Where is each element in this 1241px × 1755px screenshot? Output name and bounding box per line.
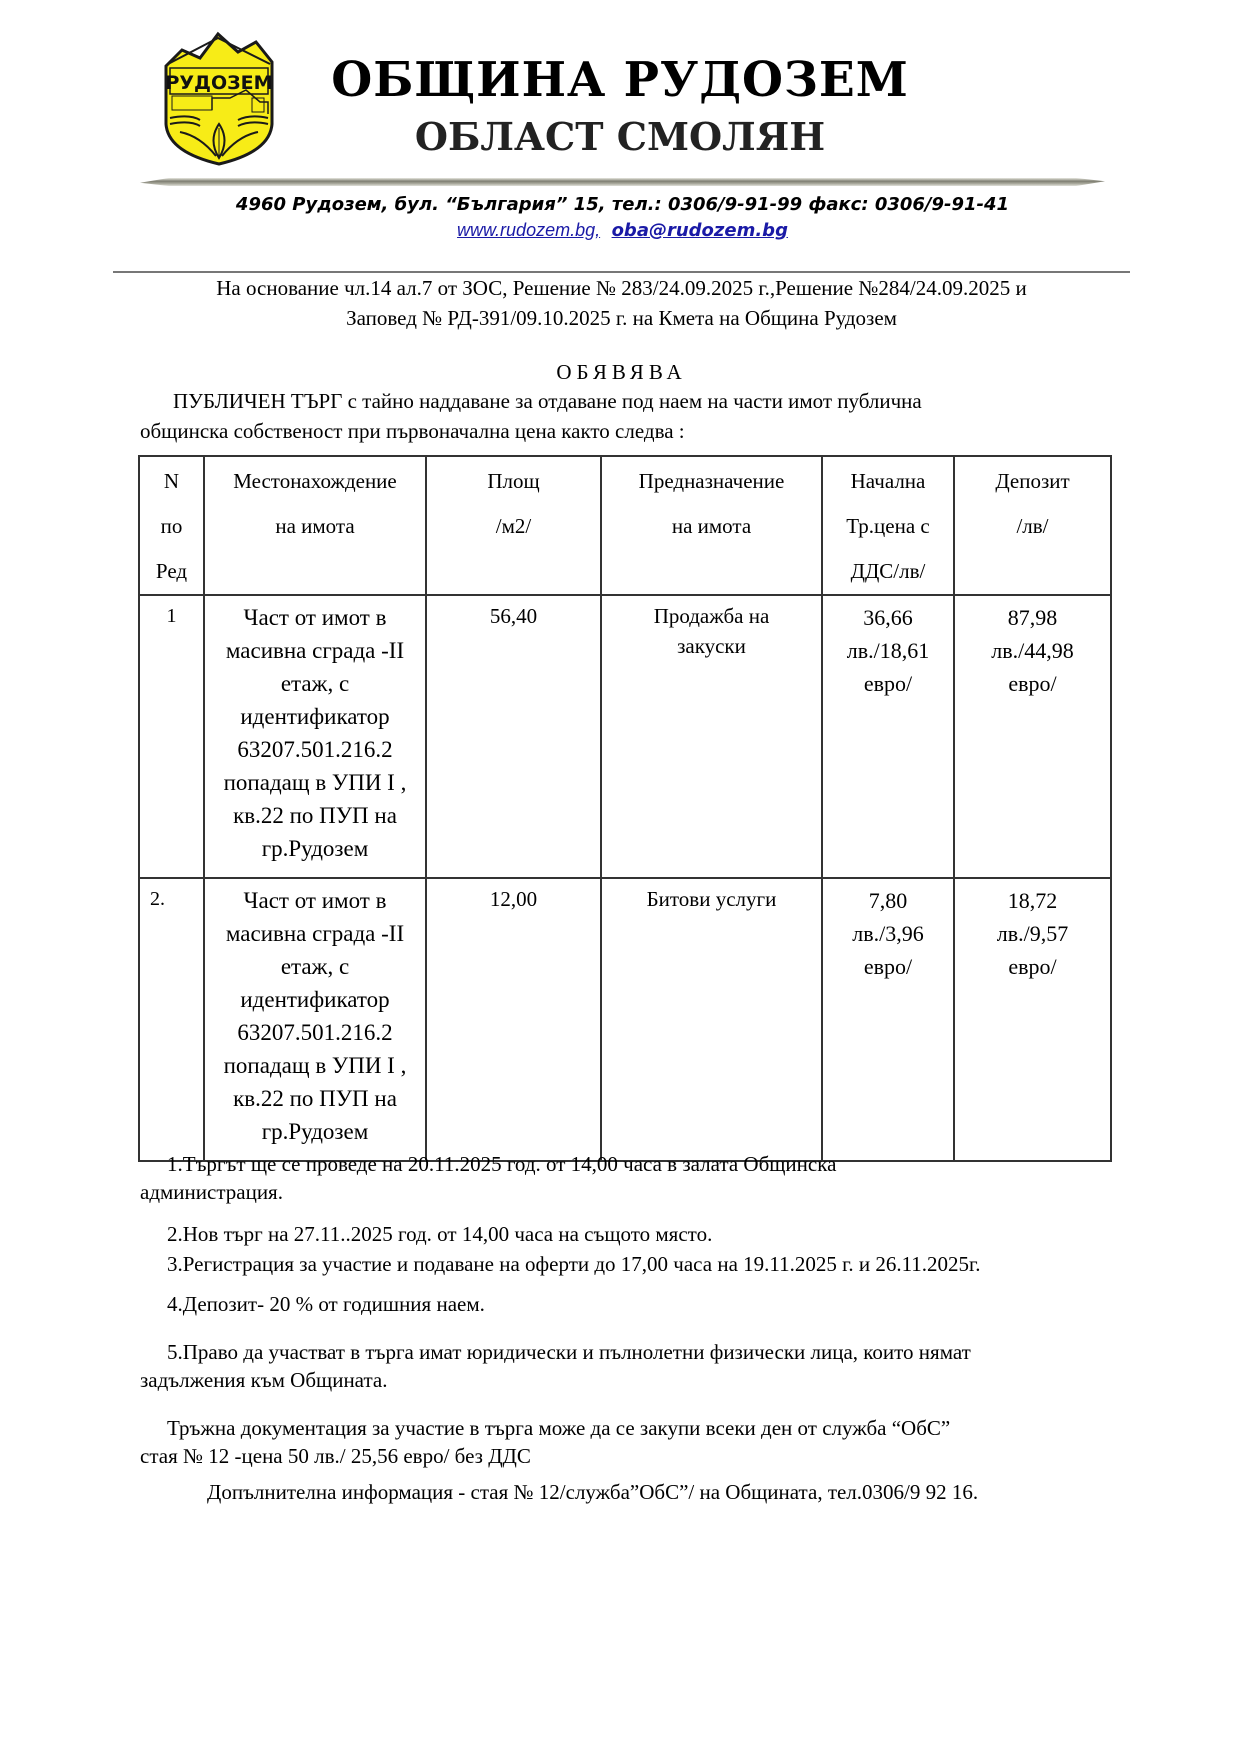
- auction-intro-line-2: общинска собственост при първоначална це…: [140, 419, 685, 443]
- note-1: 1.Търгът ще се проведе на 20.11.2025 год…: [140, 1150, 1130, 1206]
- header-price: НачалнаТр.цена сДДС/лв/: [822, 456, 954, 595]
- cell-area: 56,40: [426, 595, 601, 878]
- header-deposit: Депозит/лв/: [954, 456, 1111, 595]
- header-divider: [140, 178, 1105, 186]
- header-purpose: Предназначениена имота: [601, 456, 822, 595]
- table-row: 2.Част от имот вмасивна сграда -IIетаж, …: [139, 878, 1111, 1161]
- note-4: 4.Депозит- 20 % от годишния наем.: [140, 1290, 1130, 1318]
- cell-start-price: 36,66лв./18,61евро/: [822, 595, 954, 878]
- note-5: 5.Право да участват в търга имат юридиче…: [140, 1338, 1130, 1394]
- legal-basis: На основание чл.14 ал.7 от ЗОС, Решение …: [113, 273, 1130, 333]
- cell-area: 12,00: [426, 878, 601, 1161]
- cell-location: Част от имот вмасивна сграда -IIетаж, си…: [204, 878, 426, 1161]
- cell-location: Част от имот вмасивна сграда -IIетаж, си…: [204, 595, 426, 878]
- legal-basis-line-1: На основание чл.14 ал.7 от ЗОС, Решение …: [113, 273, 1130, 303]
- header-location: Местонахождениена имота: [204, 456, 426, 595]
- municipality-title: ОБЩИНА РУДОЗЕМ: [306, 50, 933, 110]
- region-subtitle: ОБЛАСТ СМОЛЯН: [360, 112, 880, 162]
- cell-purpose: Продажба назакуски: [601, 595, 822, 878]
- auction-intro-line-1: ПУБЛИЧЕН ТЪРГ с тайно наддаване за отдав…: [140, 386, 1100, 416]
- cell-purpose: Битови услуги: [601, 878, 822, 1161]
- header-no: NпоРед: [139, 456, 204, 595]
- cell-deposit: 18,72лв./9,57евро/: [954, 878, 1111, 1161]
- documentation-note: Тръжна документация за участие в търга м…: [140, 1414, 1130, 1470]
- contact-links: www.rudozem.bg, oba@rudozem.bg: [140, 218, 1105, 243]
- table-row: 1Част от имот вмасивна сграда -IIетаж, с…: [139, 595, 1111, 878]
- email-link[interactable]: oba@rudozem.bg: [612, 220, 788, 241]
- cell-deposit: 87,98лв./44,98евро/: [954, 595, 1111, 878]
- coat-of-arms-logo: РУДОЗЕМ: [160, 28, 278, 168]
- cell-start-price: 7,80лв./3,96евро/: [822, 878, 954, 1161]
- auction-intro: ПУБЛИЧЕН ТЪРГ с тайно наддаване за отдав…: [140, 386, 1100, 446]
- header-area: Площ/м2/: [426, 456, 601, 595]
- website-link[interactable]: www.rudozem.bg,: [457, 220, 600, 240]
- cell-row-number: 2.: [139, 878, 204, 1161]
- legal-basis-line-2: Заповед № РД-391/09.10.2025 г. на Кмета …: [113, 303, 1130, 333]
- note-3: 3.Регистрация за участие и подаване на о…: [140, 1250, 1130, 1278]
- cell-row-number: 1: [139, 595, 204, 878]
- contact-address: 4960 Рудозем, бул. “България” 15, тел.: …: [140, 193, 1105, 217]
- shield-icon: РУДОЗЕМ: [160, 28, 278, 168]
- additional-info: Допълнителна информация - стая № 12/служ…: [140, 1478, 1197, 1506]
- auction-table: NпоРедМестонахождениена имотаПлощ/м2/Пре…: [138, 455, 1112, 1162]
- svg-text:РУДОЗЕМ: РУДОЗЕМ: [165, 72, 272, 94]
- announce-heading: ОБЯВЯВА: [113, 357, 1130, 387]
- table-header-row: NпоРедМестонахождениена имотаПлощ/м2/Пре…: [139, 456, 1111, 595]
- note-2: 2.Нов търг на 27.11..2025 год. от 14,00 …: [140, 1220, 1130, 1248]
